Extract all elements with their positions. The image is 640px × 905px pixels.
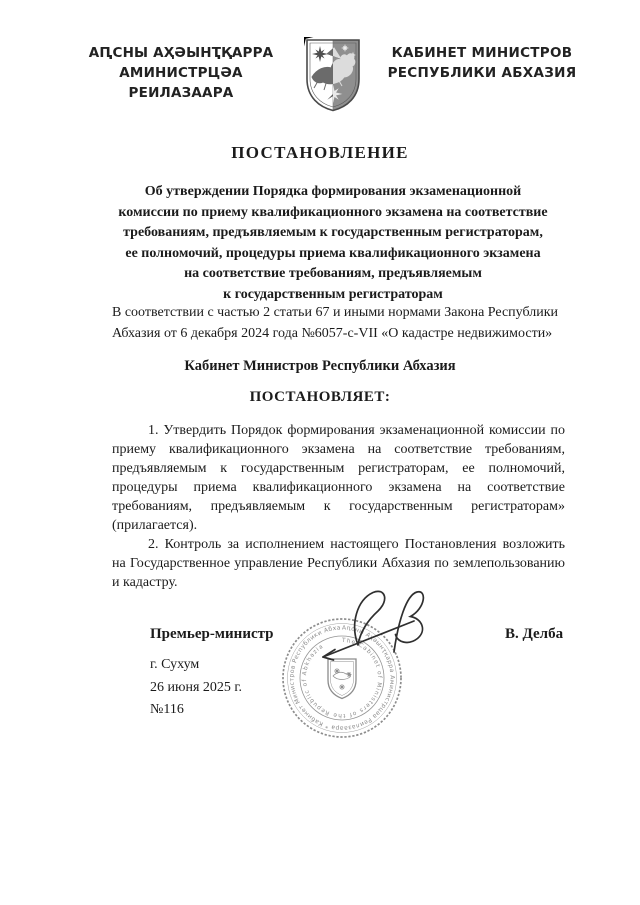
letterhead-org-russian: КАБИНЕТ МИНИСТРОВ РЕСПУБЛИКИ АБХАЗИЯ: [386, 43, 578, 83]
subject-line: на соответствие требованиям, предъявляем…: [93, 264, 573, 285]
document-title: ПОСТАНОВЛЕНИЕ: [0, 143, 640, 163]
subject-line: комиссии по приему квалификационного экз…: [93, 203, 573, 224]
preamble-line: В соответствии с частью 2 статьи 67 и ин…: [112, 303, 567, 324]
subject-line: к государственным регистраторам: [93, 285, 573, 306]
subject-line: ее полномочий, процедуры приема квалифик…: [93, 244, 573, 265]
issue-place: г. Сухум: [150, 657, 199, 673]
signer-post: Премьер-министр: [150, 626, 274, 643]
resolves-word: ПОСТАНОВЛЯЕТ:: [0, 389, 640, 406]
letterhead-org-abkhazian: АԤСНЫ АҲӘЫНҬҚАРРА АМИНИСТРЦӘА РЕИЛАЗААРА: [66, 43, 296, 103]
signer-name: В. Делба: [505, 626, 563, 643]
subject-line: Об утверждении Порядка формирования экза…: [93, 182, 573, 203]
issuer-line: Кабинет Министров Республики Абхазия: [0, 358, 640, 375]
signature-autograph: [298, 579, 448, 679]
letterhead-right-line2: РЕСПУБЛИКИ АБХАЗИЯ: [386, 63, 578, 83]
document-subject: Об утверждении Порядка формирования экза…: [93, 182, 573, 305]
preamble: В соответствии с частью 2 статьи 67 и ин…: [112, 303, 567, 344]
preamble-line: Абхазия от 6 декабря 2024 года №6057-с-V…: [112, 324, 567, 345]
document-page: АԤСНЫ АҲӘЫНҬҚАРРА АМИНИСТРЦӘА РЕИЛАЗААРА: [0, 0, 640, 905]
decree-items: 1. Утвердить Порядок формирования экзаме…: [112, 421, 565, 592]
coat-of-arms-icon: [304, 37, 362, 113]
letterhead-left-line2: АМИНИСТРЦӘА РЕИЛАЗААРА: [66, 63, 296, 103]
decree-item-1: 1. Утвердить Порядок формирования экзаме…: [112, 421, 565, 535]
subject-line: требованиям, предъявляемым к государстве…: [93, 223, 573, 244]
letterhead-left-line1: АԤСНЫ АҲӘЫНҬҚАРРА: [66, 43, 296, 63]
letterhead-right-line1: КАБИНЕТ МИНИСТРОВ: [386, 43, 578, 63]
document-number: №116: [150, 702, 184, 718]
issue-date: 26 июня 2025 г.: [150, 680, 242, 696]
